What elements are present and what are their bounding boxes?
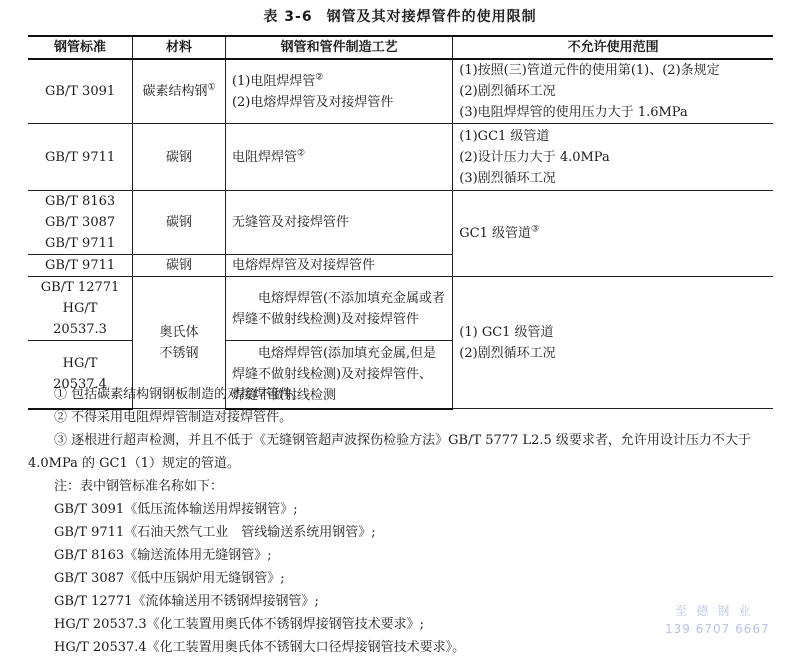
standard-code: GB/T 8163 [34, 191, 126, 212]
standard-code: GB/T 12771 [34, 277, 126, 298]
restriction-line: GC1 级管道 [459, 226, 531, 241]
process-line: 电阻焊焊管 [232, 150, 297, 165]
standard-name: GB/T 8163《输送流体用无缝钢管》; [28, 544, 778, 567]
process-line: (1)电阻焊焊管② [232, 71, 446, 92]
standard-code: HG/T 20537.3 [34, 298, 126, 340]
footnote-ref: ③ [531, 225, 539, 235]
standard-name: GB/T 3091《低压流体输送用焊接钢管》; [28, 498, 778, 521]
cell-process: 电熔焊焊管(不添加填充金属或者 焊缝不做射线检测)及对接焊管件 [225, 277, 452, 341]
header-material: 材料 [133, 36, 226, 59]
material-line: 不锈钢 [139, 343, 219, 364]
table-row: GB/T 9711 碳钢 电阻焊焊管② (1)GC1 级管道 (2)设计压力大于… [28, 124, 773, 191]
cell-material: 碳钢 [133, 124, 226, 191]
process-line: 焊缝不做射线检测)及对接焊管件 [232, 309, 446, 330]
cell-restriction: GC1 级管道③ [453, 191, 773, 277]
restriction-line: (1)按照(三)管道元件的使用第(1)、(2)条规定 [459, 60, 767, 81]
table-number: 表 3-6 [263, 9, 312, 25]
table-row: GB/T 12771 HG/T 20537.3 奥氏体 不锈钢 电熔焊焊管(不添… [28, 277, 773, 341]
cell-material: 碳钢 [133, 255, 226, 277]
footnote-ref: ① [207, 83, 215, 93]
cell-restriction: (1)GC1 级管道 (2)设计压力大于 4.0MPa (3)剧烈循环工况 [453, 124, 773, 191]
watermark-phone: 139 6707 6667 [665, 620, 770, 638]
cell-standard: GB/T 9711 [28, 255, 133, 277]
process-line: 焊缝不做射线检测)及对接焊管件、 [232, 364, 446, 385]
standard-code: GB/T 9711 [34, 233, 126, 254]
restriction-line: (2)剧烈循环工况 [459, 343, 767, 364]
footnote-ref: ② [297, 148, 305, 158]
restriction-line: (2)剧烈循环工况 [459, 81, 767, 102]
table-header-row: 钢管标准 材料 钢管和管件制造工艺 不允许使用范围 [28, 36, 773, 59]
table-caption: 钢管及其对接焊管件的使用限制 [327, 9, 537, 25]
standard-code: GB/T 3087 [34, 212, 126, 233]
cell-process: 电熔焊焊管及对接焊管件 [225, 255, 452, 277]
watermark: 至德钢业 139 6707 6667 [665, 602, 770, 638]
standard-code: GB/T 9711 [45, 150, 115, 165]
footnote-ref: ② [315, 72, 323, 82]
cell-standard: GB/T 9711 [28, 124, 133, 191]
standard-name: GB/T 3087《低中压锅炉用无缝钢管》; [28, 567, 778, 590]
cell-material: 碳素结构钢① [133, 59, 226, 124]
footnote-2: ② 不得采用电阻焊焊管制造对接焊管件。 [28, 406, 778, 429]
process-line: (2)电熔焊焊管及对接焊管件 [232, 92, 446, 113]
standard-name: HG/T 20537.4《化工装置用奥氏体不锈钢大口径焊接钢管技术要求》。 [28, 636, 778, 659]
cell-standard: GB/T 12771 HG/T 20537.3 [28, 277, 133, 341]
process-line: 电熔焊焊管(添加填充金属,但是 [232, 343, 446, 364]
footnote-3: ③ 逐根进行超声检测，并且不低于《无缝钢管超声波探伤检验方法》GB/T 5777… [28, 429, 778, 475]
restriction-line: (1) GC1 级管道 [459, 322, 767, 343]
restriction-line: (3)电阻焊焊管的使用压力大于 1.6MPa [459, 102, 767, 123]
note-heading: 注：表中钢管标准名称如下： [28, 475, 778, 498]
cell-standard: GB/T 3091 [28, 59, 133, 124]
material-line: 奥氏体 [139, 322, 219, 343]
process-line: 电熔焊焊管(不添加填充金属或者 [232, 288, 446, 309]
cell-material: 碳钢 [133, 191, 226, 255]
header-standard: 钢管标准 [28, 36, 133, 59]
header-restriction: 不允许使用范围 [453, 36, 773, 59]
restriction-line: (3)剧烈循环工况 [459, 168, 767, 189]
restriction-line: (2)设计压力大于 4.0MPa [459, 147, 767, 168]
cell-process: 电阻焊焊管② [225, 124, 452, 191]
restriction-line: (1)GC1 级管道 [459, 126, 767, 147]
restriction-table: 钢管标准 材料 钢管和管件制造工艺 不允许使用范围 GB/T 3091 碳素结构… [28, 35, 773, 410]
cell-restriction: (1)按照(三)管道元件的使用第(1)、(2)条规定 (2)剧烈循环工况 (3)… [453, 59, 773, 124]
watermark-company: 至德钢业 [665, 602, 770, 620]
standard-name: GB/T 9711《石油天然气工业 管线输送系统用钢管》; [28, 521, 778, 544]
table-row: GB/T 3091 碳素结构钢① (1)电阻焊焊管② (2)电熔焊焊管及对接焊管… [28, 59, 773, 124]
cell-process: 无缝管及对接焊管件 [225, 191, 452, 255]
cell-process: (1)电阻焊焊管② (2)电熔焊焊管及对接焊管件 [225, 59, 452, 124]
footnote-1: ① 包括碳素结构钢钢板制造的对接焊管件。 [28, 383, 778, 406]
header-process: 钢管和管件制造工艺 [225, 36, 452, 59]
standard-code: GB/T 3091 [34, 81, 126, 102]
table-title: 表 3-6钢管及其对接焊管件的使用限制 [0, 6, 800, 26]
table-row: GB/T 8163 GB/T 3087 GB/T 9711 碳钢 无缝管及对接焊… [28, 191, 773, 255]
material-text: 碳素结构钢 [142, 84, 207, 99]
cell-standard: GB/T 8163 GB/T 3087 GB/T 9711 [28, 191, 133, 255]
